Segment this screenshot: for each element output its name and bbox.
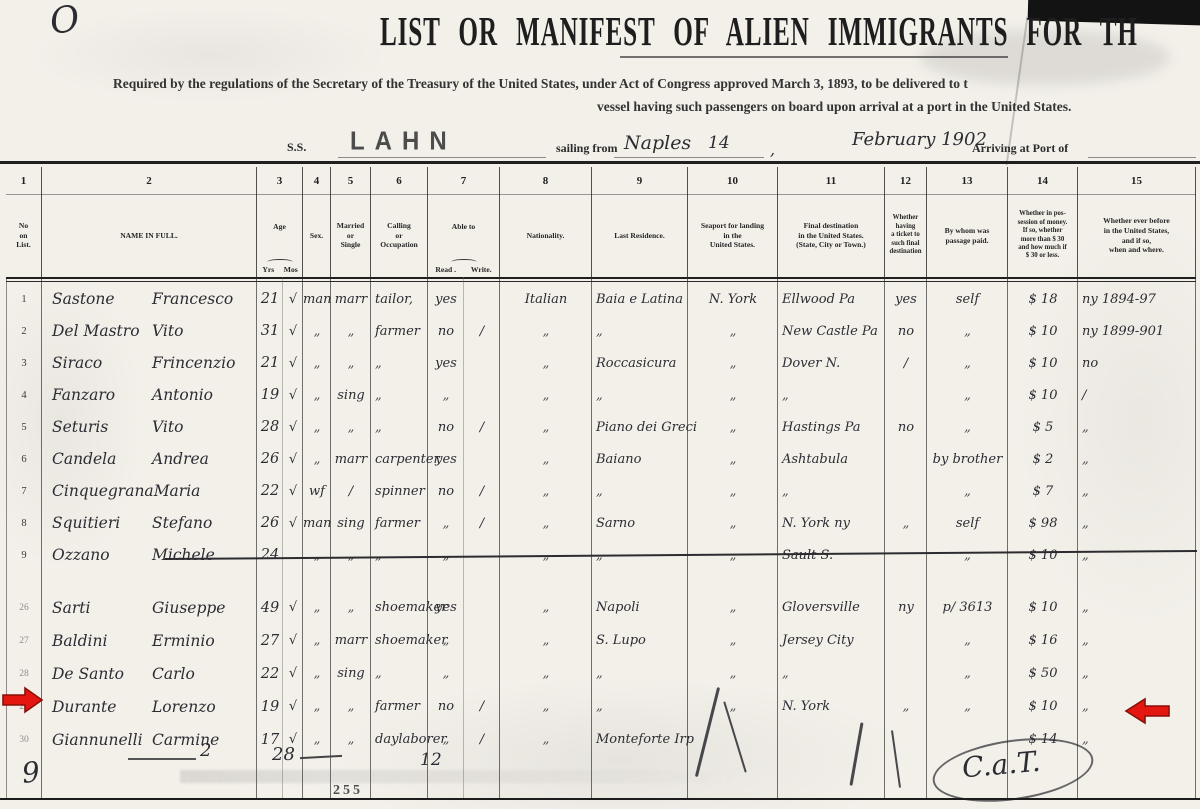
cell-seaport: „ [688,420,778,435]
cell-name: GiannunelliCarmine [42,731,257,749]
cell-row-number: 3 [6,358,42,369]
cell-married: „ [331,600,371,615]
cell-before: ny 1899-901 [1078,324,1196,339]
cell-sex: „ [303,452,331,467]
column-number: 5 [348,167,354,194]
cell-sex: „ [303,356,331,371]
cell-row-number: 26 [6,603,42,613]
cell-residence: Piano dei Greci [592,420,688,435]
cell-sex: „ [303,600,331,615]
cell-row-number: 7 [6,486,42,497]
column-header-15: 15Whether ever before in the United Stat… [1078,167,1196,277]
cell-residence: Sarno [592,516,688,531]
cell-occupation: farmer [371,699,428,714]
manifest-row: 26SartiGiuseppe49√„„shoemakeryes„Napoli„… [6,591,1196,624]
cell-ticket: ny [885,600,927,615]
cell-destination: Ellwood Pa [778,292,885,307]
cell-destination: Jersey City [778,633,885,648]
column-sublabels: YrsMos [257,265,302,274]
column-sublabel: Mos [280,265,303,274]
column-number: 9 [637,167,643,194]
cell-occupation: „ [371,420,428,435]
cell-mos: √ [283,699,303,714]
column-header-4: 4Sex. [303,167,331,277]
cell-name: SiracoFrincenzio [42,354,257,372]
column-number: 11 [826,167,836,194]
cell-occupation: „ [371,548,428,563]
cell-given-name: Frincenzio [152,354,235,372]
cell-given-name: Francesco [152,290,233,308]
column-number: 8 [543,167,549,194]
cell-destination: New Castle Pa [778,324,885,339]
column-label: Seaport for landing in the United States… [700,194,765,277]
cell-before: „ [1078,600,1196,615]
cell-seaport: „ [688,633,778,648]
cell-money: $ 16 [1008,633,1078,648]
cell-mos: √ [283,420,303,435]
cell-yrs: 22 [257,483,283,499]
column-number: 7 [461,167,467,194]
column-label: Able to [451,194,476,259]
table-top-border [0,161,1200,164]
cell-married: marr [331,292,371,307]
cell-row-number: 8 [6,518,42,529]
cell-destination: Dover N. [778,356,885,371]
cell-residence: „ [592,484,688,499]
cell-given-name: Carlo [152,665,195,683]
cell-seaport: „ [688,324,778,339]
cell-destination: N. York ny [778,516,885,531]
cell-paid: self [927,516,1008,531]
column-header-6: 6Calling or Occupation [371,167,428,277]
cell-yrs: 31 [257,323,283,339]
cell-residence: Roccasicura [592,356,688,371]
cell-money: $ 50 [1008,666,1078,681]
cell-read: „ [428,633,464,648]
cell-mos: √ [283,600,303,615]
column-sublabels: Read .Write. [428,265,499,274]
column-sublabel: Read . [428,265,464,274]
cell-surname: Del Mastro [52,322,152,340]
cell-mos: √ [283,633,303,648]
cell-name: SastoneFrancesco [42,290,257,308]
cell-name: SeturisVito [42,418,257,436]
cell-yrs: 26 [257,451,283,467]
cell-married: „ [331,420,371,435]
title-underline [620,56,1008,58]
cell-occupation: carpenter [371,452,428,467]
sailing-port-handwritten: Naples [624,132,691,154]
cell-destination: „ [778,666,885,681]
cell-money: $ 2 [1008,452,1078,467]
cell-before: „ [1078,484,1196,499]
cell-surname: Durante [52,698,152,716]
cell-nationality: Italian [500,292,592,307]
cell-seaport: „ [688,452,778,467]
cell-money: $ 7 [1008,484,1078,499]
column-header-1: 1No on List. [6,167,42,277]
cell-yrs: 49 [257,600,283,616]
bleedthrough-strip [180,770,740,783]
cell-seaport: „ [688,388,778,403]
cell-residence: S. Lupo [592,633,688,648]
cell-ticket: „ [885,516,927,531]
column-number: 6 [396,167,402,194]
cell-surname: Giannunelli [52,731,152,749]
column-number: 12 [900,167,911,194]
column-header-13: 13By whom was passage paid. [927,167,1008,277]
cell-paid: „ [927,666,1008,681]
cell-seaport: „ [688,666,778,681]
cell-given-name: Lorenzo [152,698,216,716]
manifest-row: 8SquitieriStefano26√mansingfarmer„/„Sarn… [6,507,1196,539]
cell-nationality: „ [500,324,592,339]
column-label: Whether ever before in the United States… [1102,194,1171,277]
cell-seaport: „ [688,484,778,499]
cell-given-name: Stefano [152,514,212,532]
cell-seaport: „ [688,600,778,615]
cell-ticket: no [885,324,927,339]
manifest-row: 3SiracoFrincenzio21√„„„yes„Roccasicura„D… [6,347,1196,379]
cell-row-number: 9 [6,550,42,561]
cell-married: marr [331,452,371,467]
cell-read: „ [428,516,464,531]
cell-before: „ [1078,420,1196,435]
cell-ticket: no [885,420,927,435]
cell-sex: man [303,516,331,531]
cell-yrs: 22 [257,666,283,682]
cell-before: „ [1078,516,1196,531]
cell-name: SquitieriStefano [42,514,257,532]
cell-surname: Fanzaro [52,386,152,404]
cell-money: $ 10 [1008,324,1078,339]
cell-mos: √ [283,324,303,339]
cell-married: / [331,484,371,499]
column-number: 3 [277,167,283,194]
cell-money: $ 10 [1008,388,1078,403]
column-number: 15 [1131,167,1142,194]
cell-occupation: spinner [371,484,428,499]
cell-sex: „ [303,666,331,681]
cell-money: $ 10 [1008,356,1078,371]
cell-occupation: „ [371,388,428,403]
cell-ticket: yes [885,292,927,307]
cell-nationality: „ [500,452,592,467]
cell-before: „ [1078,452,1196,467]
cell-read: no [428,420,464,435]
column-header-7: 7Able toRead .Write. [428,167,500,277]
cell-before: „ [1078,732,1196,747]
column-label: Age [272,194,287,259]
cell-read: „ [428,666,464,681]
cell-read: „ [428,388,464,403]
cell-row-number: 5 [6,422,42,433]
page-mark-9: 9 [20,755,41,790]
cell-occupation: farmer [371,516,428,531]
cell-yrs: 21 [257,355,283,371]
cell-married: sing [331,516,371,531]
cell-nationality: „ [500,633,592,648]
cell-given-name: Antonio [152,386,213,404]
stamp-255: 255 [333,783,363,799]
cell-surname: Sarti [52,599,152,617]
cell-row-number: 2 [6,326,42,337]
annotation-arrow-left [2,686,44,714]
cell-surname: De Santo [52,665,152,683]
cell-given-name: Vito [152,418,183,436]
cell-seaport: „ [688,516,778,531]
cell-nationality: „ [500,388,592,403]
cell-sex: „ [303,732,331,747]
cell-surname: Ozzano [52,546,152,564]
cell-given-name: Andrea [152,450,209,468]
cell-destination: Ashtabula [778,452,885,467]
cell-money: $ 5 [1008,420,1078,435]
signature: C.a.T. [961,745,1042,785]
column-header-12: 12Whether having a ticket to such final … [885,167,927,277]
cell-row-number: 1 [6,294,42,305]
cell-surname: Squitieri [52,514,152,532]
cell-yrs: 28 [257,419,283,435]
cell-ticket: / [885,356,927,371]
cell-paid: „ [927,548,1008,563]
column-header-14: 14Whether in pos- session of money. If s… [1008,167,1078,277]
cell-destination: „ [778,388,885,403]
ship-name-stamp: LAHN [350,127,457,157]
cell-surname: Sastone [52,290,152,308]
cell-nationality: „ [500,516,592,531]
cell-married: „ [331,324,371,339]
annotation-arrow-right [1124,697,1170,725]
cell-destination: N. York [778,699,885,714]
cell-surname: Seturis [52,418,152,436]
cell-row-number: 4 [6,390,42,401]
column-header-3: 3AgeYrsMos [257,167,303,277]
column-header-11: 11Final destination in the United States… [778,167,885,277]
cell-sex: man [303,292,331,307]
cell-seaport: „ [688,356,778,371]
cell-name: SartiGiuseppe [42,599,257,617]
cell-destination: Hastings Pa [778,420,885,435]
cell-before: „ [1078,666,1196,681]
column-label: Whether in pos- session of money. If so,… [1017,194,1069,277]
cell-residence: Monteforte Irp [592,732,688,747]
cell-occupation: shoemaker [371,633,428,648]
cell-read: yes [428,356,464,371]
cell-mos: √ [283,516,303,531]
cell-write: / [464,324,500,339]
cell-write: / [464,420,500,435]
sailing-line [614,157,764,158]
column-number: 13 [962,167,973,194]
manifest-row: 7CinquegranaMaria22√wf/spinnerno/„„„„„$ … [6,475,1196,507]
cell-yrs: 21 [257,291,283,307]
cell-destination: „ [778,484,885,499]
cell-name: DuranteLorenzo [42,698,257,716]
arriving-label: Arriving at Port of [972,141,1068,156]
subtitle-line1: Required by the regulations of the Secre… [113,76,1200,92]
cell-surname: Candela [52,450,152,468]
cell-seaport: „ [688,699,778,714]
handwritten-corner-mark: O [47,0,82,43]
cell-name: CinquegranaMaria [42,482,257,500]
column-label: Nationality. [526,194,566,277]
cell-row-number: 27 [6,636,42,646]
cell-paid: p/ 3613 [927,600,1008,615]
column-number: 14 [1037,167,1048,194]
cell-nationality: „ [500,484,592,499]
cell-married: „ [331,699,371,714]
cell-read: yes [428,600,464,615]
ship-name-line [338,157,546,158]
column-header-9: 9Last Residence. [592,167,688,277]
cell-paid: „ [927,420,1008,435]
cell-surname: Siraco [52,354,152,372]
cell-residence: Baiano [592,452,688,467]
cell-nationality: „ [500,666,592,681]
cell-given-name: Maria [154,482,201,500]
column-header-5: 5Married or Single [331,167,371,277]
manifest-row-marked: 29DuranteLorenzo19√„„farmerno/„„„N. York… [6,690,1196,723]
cell-paid: „ [927,356,1008,371]
cell-occupation: „ [371,666,428,681]
manifest-row: 4FanzaroAntonio19√„sing„„„„„„„$ 10/ [6,379,1196,411]
cell-money: $ 10 [1008,548,1078,563]
column-label: No on List. [15,194,32,277]
cell-money: $ 98 [1008,516,1078,531]
sailing-month-year-handwritten: February 1902 [852,129,987,150]
subtitle-line2: vessel having such passengers on board u… [597,99,1197,115]
totals-read: 12 [420,750,442,770]
cell-occupation: tailor, [371,292,428,307]
document-title: LIST OR MANIFEST OF ALIEN IMMIGRANTS FOR… [380,9,1031,56]
cell-yrs: 27 [257,633,283,649]
cell-married: marr [331,633,371,648]
cell-occupation: farmer [371,324,428,339]
cell-before: ny 1894-97 [1078,292,1196,307]
cell-write: / [464,699,500,714]
column-label: Sex. [309,194,324,277]
cell-paid: „ [927,633,1008,648]
column-label: Final destination in the United States. … [795,194,867,277]
cell-destination: Gloversville [778,600,885,615]
ss-label: S.S. [287,140,306,155]
cell-residence: „ [592,666,688,681]
cell-destination: Sault S. [778,548,885,563]
cell-seaport: N. York [688,292,778,307]
column-sublabel: Write. [464,265,500,274]
cell-paid: „ [927,484,1008,499]
manifest-row: 27BaldiniErminio27√„marrshoemaker„„S. Lu… [6,624,1196,657]
column-label: NAME IN FULL. [119,194,179,277]
cell-name: FanzaroAntonio [42,386,257,404]
cell-mos: √ [283,388,303,403]
cell-given-name: Michele [152,546,215,564]
cell-sex: wf [303,484,331,499]
cell-occupation: shoemaker [371,600,428,615]
sailing-comma: , [770,140,775,159]
cell-nationality: „ [500,356,592,371]
cell-surname: Baldini [52,632,152,650]
cell-residence: „ [592,388,688,403]
cell-paid: by brother [927,452,1008,467]
cell-sex: „ [303,324,331,339]
cell-name: De SantoCarlo [42,665,257,683]
column-header-2: 2NAME IN FULL. [42,167,257,277]
cell-row-number: 30 [6,735,42,745]
cell-read: yes [428,292,464,307]
cell-residence: „ [592,699,688,714]
column-number: 1 [21,167,27,194]
cell-sex: „ [303,633,331,648]
cell-write: / [464,484,500,499]
arriving-line [1088,157,1196,158]
column-number: 10 [727,167,738,194]
cell-row-number: 28 [6,669,42,679]
cell-before: no [1078,356,1196,371]
column-label: Last Residence. [613,194,666,277]
cell-read: yes [428,452,464,467]
cell-ticket: „ [885,699,927,714]
cell-sex: „ [303,548,331,563]
cell-read: no [428,484,464,499]
cell-occupation: daylaborer [371,732,428,747]
column-header-8: 8Nationality. [500,167,592,277]
bottom-edge-line [0,798,1200,800]
cell-money: $ 10 [1008,699,1078,714]
cell-before: „ [1078,633,1196,648]
cell-paid: self [927,292,1008,307]
cell-married: „ [331,548,371,563]
manifest-row: 28De SantoCarlo22√„sing„„„„„„„$ 50„ [6,657,1196,690]
column-sublabel: Yrs [257,265,280,274]
cell-mos: √ [283,292,303,307]
cell-sex: „ [303,420,331,435]
manifest-row: 1SastoneFrancesco21√manmarrtailor,yesIta… [6,283,1196,315]
cell-sex: „ [303,699,331,714]
cell-married: „ [331,732,371,747]
cell-read: „ [428,732,464,747]
cell-yrs: 24 [257,547,283,563]
column-label: Whether having a ticket to such final de… [888,194,922,277]
cell-residence: Napoli [592,600,688,615]
column-label: Calling or Occupation [379,194,419,277]
cell-nationality: „ [500,420,592,435]
column-label: By whom was passage paid. [944,194,991,277]
cell-paid: „ [927,388,1008,403]
cell-name: Del MastroVito [42,322,257,340]
manifest-row: 6CandelaAndrea26√„marrcarpenteryes„Baian… [6,443,1196,475]
column-label: Married or Single [336,194,365,277]
cell-read: no [428,699,464,714]
cell-nationality: „ [500,699,592,714]
cell-mos: √ [283,356,303,371]
cell-yrs: 19 [257,699,283,715]
totals-age: 28 [272,744,295,765]
cell-name: OzzanoMichele [42,546,257,564]
cell-given-name: Vito [152,322,183,340]
cell-residence: „ [592,324,688,339]
cell-yrs: 26 [257,515,283,531]
cell-write: / [464,732,500,747]
cell-married: „ [331,356,371,371]
cell-sex: „ [303,388,331,403]
sailing-from-label: sailing from [556,141,617,156]
cell-paid: „ [927,699,1008,714]
cell-money: $ 10 [1008,600,1078,615]
cell-given-name: Erminio [152,632,215,650]
cell-occupation: „ [371,356,428,371]
